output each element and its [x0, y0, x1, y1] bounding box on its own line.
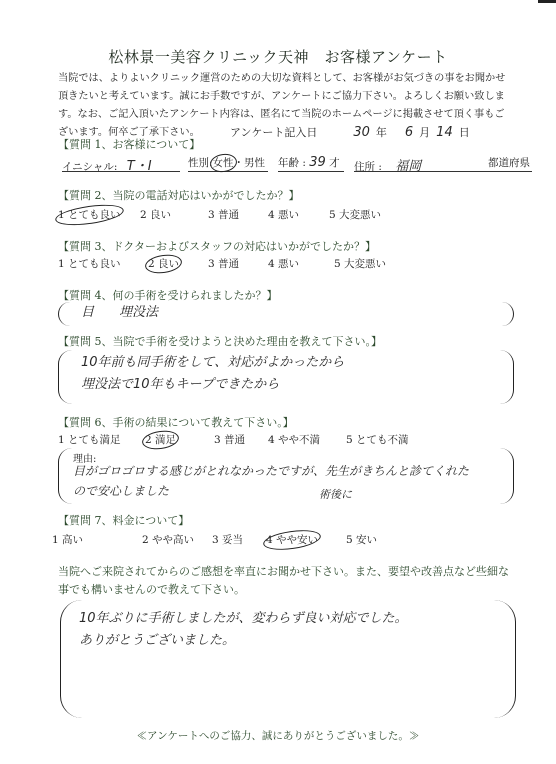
gender-male[interactable]: 男性 [244, 157, 265, 169]
q4-header: 【質問 4、何の手術を受けられましたか？】 [58, 287, 278, 303]
age-value: 39 [309, 155, 326, 170]
q3-option-2-label: 2 良い [148, 258, 179, 270]
date-label: アンケート記入日 [230, 124, 317, 140]
comments-prompt: 当院へご来院されてからのご感想を率直にお聞かせ下さい。また、要望や改善点など些細… [58, 563, 518, 599]
q5-answer-line2: 埋没法で10年もキープできたから [81, 374, 279, 396]
q7-option-4-selected[interactable]: 4 やや安い [266, 532, 318, 547]
q5-header: 【質問 5、当院で手術を受けようと決めた理由を教えて下さい。】 [58, 333, 382, 349]
q1-customer-info: イニシャル: T・I 性別:女性・男性 年齢 : 39 才 住所 : 福岡 都道… [62, 155, 532, 175]
q7-option-3[interactable]: 3 妥当 [212, 532, 243, 547]
q6-option-2-label: 2 満足 [145, 434, 176, 446]
q7-option-5[interactable]: 5 安い [346, 532, 377, 547]
date-day-unit: 日 [459, 124, 470, 140]
q6-answer-line2: ので安心しました [73, 480, 169, 502]
initial-label: イニシャル: [62, 161, 117, 173]
q2-option-4[interactable]: 4 悪い [268, 207, 299, 222]
q7-option-1[interactable]: 1 高い [52, 532, 83, 547]
q5-answer-box[interactable]: 10年前も同手術をして、対応がよかったから 埋没法で10年もキープできたから [58, 350, 514, 404]
gender-female-selected[interactable]: 女性 [213, 157, 234, 169]
comments-answer-line2: ありがとうございました。 [79, 630, 235, 652]
date-month-unit: 月 [419, 124, 430, 140]
q6-option-5[interactable]: 5 とても不満 [346, 432, 409, 447]
address-label: 住所 : [354, 161, 382, 173]
address-unit: 都道府県 [488, 155, 530, 170]
q3-option-4[interactable]: 4 悪い [268, 256, 299, 271]
q3-option-1[interactable]: 1 とても良い [58, 256, 121, 271]
comments-answer-box[interactable]: 10年ぶりに手術しましたが、変わらず良い対応でした。 ありがとうございました。 [60, 600, 516, 718]
q4-answer-part1: 目 [81, 302, 94, 324]
age-field[interactable]: 年齢 : 39 才 [278, 155, 344, 172]
q6-option-2-selected[interactable]: 2 満足 [145, 432, 176, 447]
q5-answer-line1: 10年前も同手術をして、対応がよかったから [81, 352, 344, 374]
q4-answer-part2: 埋没法 [119, 302, 158, 324]
q2-option-5[interactable]: 5 大変悪い [329, 207, 381, 222]
q6-option-3[interactable]: 3 普通 [214, 432, 245, 447]
initial-value: T・I [127, 159, 152, 174]
comments-answer-line1: 10年ぶりに手術しましたが、変わらず良い対応でした。 [79, 608, 408, 630]
address-value: 福岡 [395, 159, 421, 174]
q4-answer-box[interactable]: 目 埋没法 [58, 302, 514, 326]
q6-option-1[interactable]: 1 とても満足 [58, 432, 121, 447]
q3-option-2-selected[interactable]: 2 良い [148, 256, 179, 271]
q6-options: 1 とても満足 2 満足 3 普通 4 やや不満 5 とても不満 [58, 432, 518, 448]
q6-header: 【質問 6、手術の結果について教えて下さい。】 [58, 414, 294, 430]
q7-option-4-label: 4 やや安い [266, 534, 318, 546]
q3-option-5[interactable]: 5 大変悪い [334, 256, 386, 271]
q7-header: 【質問 7、料金について】 [58, 512, 189, 528]
date-day: 14 [436, 125, 453, 140]
q2-option-2[interactable]: 2 良い [140, 207, 171, 222]
q6-answer-line1: 目がゴロゴロする感じがとれなかったですが、先生がきちんと診てくれた [73, 460, 469, 482]
q2-header: 【質問 2、当院の電話対応はいかがでしたか？】 [58, 187, 300, 203]
q6-reason-box[interactable]: 理由: 目がゴロゴロする感じがとれなかったですが、先生がきちんと診てくれた ので… [58, 448, 514, 504]
q3-header: 【質問 3、ドクターおよびスタッフの対応はいかがでしたか？】 [58, 238, 376, 254]
gender-field[interactable]: 性別:女性・男性 [188, 155, 268, 172]
age-label: 年齢 : [278, 157, 306, 169]
footer-thanks: ≪アンケートへのご協力、誠にありがとうございました。≫ [0, 728, 556, 743]
q3-options: 1 とても良い 2 良い 3 普通 4 悪い 5 大変悪い [58, 256, 518, 272]
q7-options: 1 高い 2 やや高い 3 妥当 4 やや安い 5 安い [52, 532, 512, 548]
scan-edge-mark [538, 0, 556, 3]
q6-option-4[interactable]: 4 やや不満 [268, 432, 320, 447]
q1-header: 【質問 1、お客様について】 [58, 136, 200, 152]
initial-field[interactable]: イニシャル: T・I [62, 155, 180, 172]
q3-option-3[interactable]: 3 普通 [208, 256, 239, 271]
date-year: 30 [353, 125, 370, 140]
age-unit: 才 [329, 157, 340, 169]
q2-options: 1 とても良い 2 良い 3 普通 4 悪い 5 大変悪い [58, 207, 518, 223]
gender-label: 性別: [188, 157, 213, 169]
q2-option-3[interactable]: 3 普通 [208, 207, 239, 222]
date-year-unit: 年 [376, 124, 387, 140]
address-field[interactable]: 住所 : 福岡 都道府県 [354, 155, 532, 172]
q6-inserted-note: 術後に [319, 486, 352, 502]
q7-option-2[interactable]: 2 やや高い [142, 532, 194, 547]
survey-date: アンケート記入日 30 年 6 月 14 日 [230, 124, 470, 140]
q2-option-1-selected[interactable]: 1 とても良い [58, 209, 121, 221]
date-month: 6 [405, 125, 413, 140]
page-title: 松林景一美容クリニック天神 お客様アンケート [0, 46, 556, 67]
